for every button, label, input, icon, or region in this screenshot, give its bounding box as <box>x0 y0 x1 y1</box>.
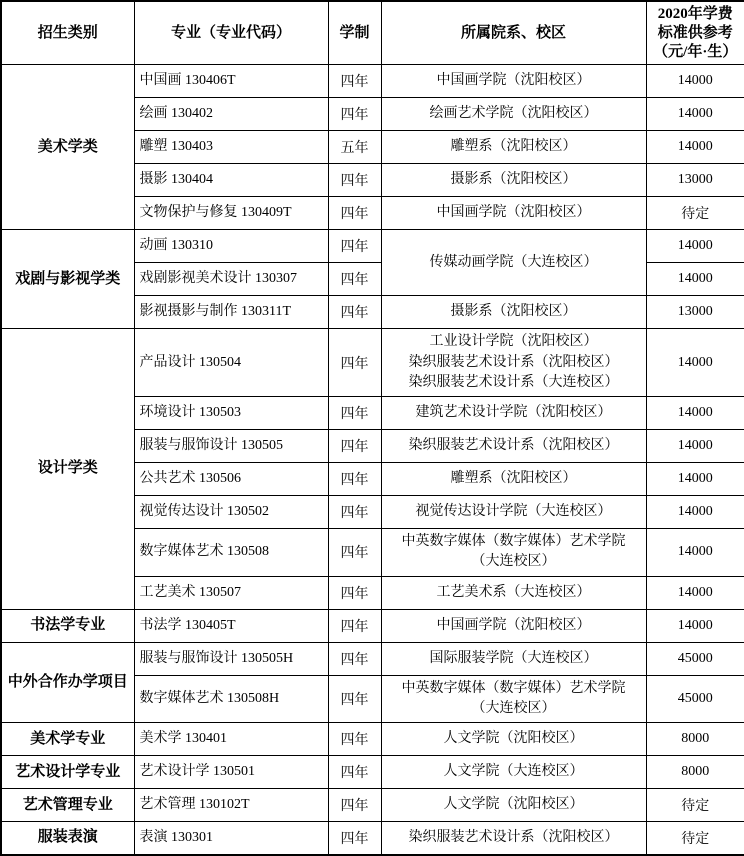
fee-cell: 45000 <box>646 642 744 675</box>
duration-cell: 四年 <box>328 756 381 789</box>
department-cell: 雕塑系（沈阳校区） <box>381 131 646 164</box>
duration-cell: 四年 <box>328 496 381 529</box>
department-cell: 人文学院（沈阳校区） <box>381 723 646 756</box>
duration-cell: 四年 <box>328 263 381 296</box>
duration-cell: 四年 <box>328 397 381 430</box>
duration-cell: 四年 <box>328 642 381 675</box>
fee-cell: 14000 <box>646 397 744 430</box>
table-row: 美术学类中国画 130406T四年中国画学院（沈阳校区）14000 <box>1 65 744 98</box>
fee-cell: 待定 <box>646 789 744 822</box>
fee-cell: 14000 <box>646 65 744 98</box>
table-row: 艺术设计学专业艺术设计学 130501四年人文学院（大连校区）8000 <box>1 756 744 789</box>
fee-cell: 14000 <box>646 131 744 164</box>
department-cell: 中国画学院（沈阳校区） <box>381 65 646 98</box>
duration-cell: 五年 <box>328 131 381 164</box>
duration-cell: 四年 <box>328 789 381 822</box>
major-cell: 摄影 130404 <box>134 164 328 197</box>
category-cell: 美术学类 <box>1 65 134 230</box>
duration-cell: 四年 <box>328 329 381 397</box>
duration-cell: 四年 <box>328 65 381 98</box>
fee-cell: 14000 <box>646 463 744 496</box>
fee-cell: 14000 <box>646 430 744 463</box>
department-cell: 国际服装学院（大连校区） <box>381 642 646 675</box>
department-cell: 中国画学院（沈阳校区） <box>381 197 646 230</box>
table-row: 美术学专业美术学 130401四年人文学院（沈阳校区）8000 <box>1 723 744 756</box>
fee-cell: 14000 <box>646 329 744 397</box>
department-cell: 绘画艺术学院（沈阳校区） <box>381 98 646 131</box>
department-cell: 人文学院（大连校区） <box>381 756 646 789</box>
department-cell: 建筑艺术设计学院（沈阳校区） <box>381 397 646 430</box>
major-cell: 环境设计 130503 <box>134 397 328 430</box>
major-cell: 雕塑 130403 <box>134 131 328 164</box>
department-cell: 视觉传达设计学院（大连校区） <box>381 496 646 529</box>
fee-cell: 14000 <box>646 576 744 609</box>
category-cell: 书法学专业 <box>1 609 134 642</box>
duration-cell: 四年 <box>328 822 381 855</box>
duration-cell: 四年 <box>328 164 381 197</box>
fee-cell: 14000 <box>646 496 744 529</box>
category-cell: 设计学类 <box>1 329 134 609</box>
department-cell: 传媒动画学院（大连校区） <box>381 230 646 296</box>
major-cell: 文物保护与修复 130409T <box>134 197 328 230</box>
table-row: 设计学类产品设计 130504四年工业设计学院（沈阳校区） 染织服装艺术设计系（… <box>1 329 744 397</box>
fee-cell: 14000 <box>646 230 744 263</box>
major-cell: 表演 130301 <box>134 822 328 855</box>
fee-cell: 8000 <box>646 756 744 789</box>
major-cell: 中国画 130406T <box>134 65 328 98</box>
table-header: 招生类别 专业（专业代码） 学制 所属院系、校区 2020年学费 标准供参考 （… <box>1 1 744 65</box>
category-cell: 服装表演 <box>1 822 134 855</box>
table-row: 艺术管理专业艺术管理 130102T四年人文学院（沈阳校区）待定 <box>1 789 744 822</box>
major-cell: 书法学 130405T <box>134 609 328 642</box>
department-cell: 染织服装艺术设计系（沈阳校区） <box>381 822 646 855</box>
duration-cell: 四年 <box>328 675 381 723</box>
duration-cell: 四年 <box>328 98 381 131</box>
fee-cell: 13000 <box>646 164 744 197</box>
fee-cell: 45000 <box>646 675 744 723</box>
major-cell: 公共艺术 130506 <box>134 463 328 496</box>
major-cell: 戏剧影视美术设计 130307 <box>134 263 328 296</box>
category-cell: 美术学专业 <box>1 723 134 756</box>
header-admission-category: 招生类别 <box>1 1 134 65</box>
duration-cell: 四年 <box>328 463 381 496</box>
table-body: 美术学类中国画 130406T四年中国画学院（沈阳校区）14000绘画 1304… <box>1 65 744 855</box>
tuition-document-page: 招生类别 专业（专业代码） 学制 所属院系、校区 2020年学费 标准供参考 （… <box>0 0 744 856</box>
fee-cell: 13000 <box>646 296 744 329</box>
category-cell: 艺术管理专业 <box>1 789 134 822</box>
fee-cell: 待定 <box>646 822 744 855</box>
fee-cell: 14000 <box>646 263 744 296</box>
table-row: 中外合作办学项目服装与服饰设计 130505H四年国际服装学院（大连校区）450… <box>1 642 744 675</box>
fee-cell: 14000 <box>646 98 744 131</box>
duration-cell: 四年 <box>328 296 381 329</box>
major-cell: 数字媒体艺术 130508 <box>134 529 328 577</box>
major-cell: 美术学 130401 <box>134 723 328 756</box>
category-cell: 中外合作办学项目 <box>1 642 134 723</box>
major-cell: 服装与服饰设计 130505 <box>134 430 328 463</box>
table-row: 书法学专业书法学 130405T四年中国画学院（沈阳校区）14000 <box>1 609 744 642</box>
major-cell: 影视摄影与制作 130311T <box>134 296 328 329</box>
duration-cell: 四年 <box>328 529 381 577</box>
header-department-campus: 所属院系、校区 <box>381 1 646 65</box>
duration-cell: 四年 <box>328 723 381 756</box>
fee-cell: 8000 <box>646 723 744 756</box>
department-cell: 中英数字媒体（数字媒体）艺术学院 （大连校区） <box>381 675 646 723</box>
header-duration: 学制 <box>328 1 381 65</box>
duration-cell: 四年 <box>328 230 381 263</box>
department-cell: 人文学院（沈阳校区） <box>381 789 646 822</box>
fee-cell: 14000 <box>646 529 744 577</box>
major-cell: 数字媒体艺术 130508H <box>134 675 328 723</box>
tuition-table: 招生类别 专业（专业代码） 学制 所属院系、校区 2020年学费 标准供参考 （… <box>0 0 744 856</box>
department-cell: 工业设计学院（沈阳校区） 染织服装艺术设计系（沈阳校区） 染织服装艺术设计系（大… <box>381 329 646 397</box>
header-tuition-fee: 2020年学费 标准供参考 （元/年·生） <box>646 1 744 65</box>
duration-cell: 四年 <box>328 197 381 230</box>
duration-cell: 四年 <box>328 609 381 642</box>
major-cell: 产品设计 130504 <box>134 329 328 397</box>
major-cell: 工艺美术 130507 <box>134 576 328 609</box>
duration-cell: 四年 <box>328 430 381 463</box>
department-cell: 工艺美术系（大连校区） <box>381 576 646 609</box>
department-cell: 中英数字媒体（数字媒体）艺术学院 （大连校区） <box>381 529 646 577</box>
department-cell: 雕塑系（沈阳校区） <box>381 463 646 496</box>
major-cell: 服装与服饰设计 130505H <box>134 642 328 675</box>
major-cell: 动画 130310 <box>134 230 328 263</box>
fee-cell: 待定 <box>646 197 744 230</box>
category-cell: 艺术设计学专业 <box>1 756 134 789</box>
category-cell: 戏剧与影视学类 <box>1 230 134 329</box>
header-major-code: 专业（专业代码） <box>134 1 328 65</box>
major-cell: 绘画 130402 <box>134 98 328 131</box>
table-row: 戏剧与影视学类动画 130310四年传媒动画学院（大连校区）14000 <box>1 230 744 263</box>
department-cell: 摄影系（沈阳校区） <box>381 296 646 329</box>
fee-cell: 14000 <box>646 609 744 642</box>
table-row: 服装表演表演 130301四年染织服装艺术设计系（沈阳校区）待定 <box>1 822 744 855</box>
major-cell: 艺术管理 130102T <box>134 789 328 822</box>
major-cell: 艺术设计学 130501 <box>134 756 328 789</box>
major-cell: 视觉传达设计 130502 <box>134 496 328 529</box>
department-cell: 摄影系（沈阳校区） <box>381 164 646 197</box>
header-row: 招生类别 专业（专业代码） 学制 所属院系、校区 2020年学费 标准供参考 （… <box>1 1 744 65</box>
department-cell: 染织服装艺术设计系（沈阳校区） <box>381 430 646 463</box>
department-cell: 中国画学院（沈阳校区） <box>381 609 646 642</box>
duration-cell: 四年 <box>328 576 381 609</box>
